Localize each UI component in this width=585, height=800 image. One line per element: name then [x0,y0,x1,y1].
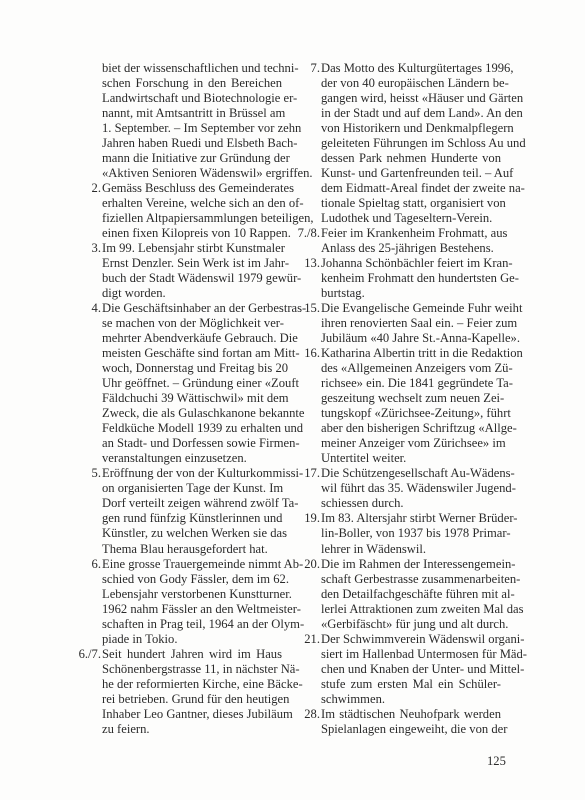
entry-text-line: gen rund fünfzig Künstlerinnen und [102,511,282,526]
entry-text-line: richsee» ein. Die 1841 gegründete Ta- [321,376,501,391]
entry-text-line: schaften in Prag teil, 1964 an der Olym- [102,617,282,632]
entry-text-line: dessen Park nehmen Hunderte von [321,151,501,166]
entry-text-line: lerlei Attraktionen zum zweiten Mal das [321,602,501,617]
entry-text-line: geleiteten Führungen im Schloss Au und [321,136,501,151]
chronicle-entry: 20.Die im Rahmen der Interessengemein-sc… [289,557,501,632]
entry-text-line: einen fixen Kilopreis von 10 Rappen. [102,226,282,241]
entry-date: 19. [289,511,320,526]
chronicle-entry: 17.Die Schützengesellschaft Au-Wädens-wi… [289,466,501,511]
chronicle-entry: 7.Das Motto des Kulturgütertages 1996,de… [289,61,501,226]
entry-text-line: Die Geschäftsinhaber an der Gerbestras- [102,301,282,316]
entry-text-line: tungskopf «Zürichsee-Zeitung», führt [321,406,501,421]
entry-text-line: Eine grosse Trauergemeinde nimmt Ab- [102,557,282,572]
entry-text-line: 1962 nahm Fässler an den Weltmeister- [102,602,282,617]
entry-date: 16. [289,346,320,361]
entry-text-line: schwimmen. [321,692,501,707]
entry-text-line: Spielanlagen eingeweiht, die von der [321,722,501,737]
entry-text-line: Seit hundert Jahren wird im Haus [102,647,282,662]
entry-text-line: buch der Stadt Wädenswil 1979 gewür- [102,271,282,286]
entry-text-line: on organisierten Tage der Kunst. Im [102,481,282,496]
entry-text-line: lin-Boller, von 1937 bis 1978 Primar- [321,526,501,541]
entry-text-line: schen Forschung in den Bereichen [102,76,282,91]
entry-text-line: mehrter Abendverkäufe Gebrauch. Die [102,331,282,346]
right-column: 7.Das Motto des Kulturgütertages 1996,de… [289,61,501,737]
entry-date: 4. [70,301,101,316]
chronicle-entry: biet der wissenschaftlichen und techni-s… [70,61,282,181]
entry-text-line: von Historikern und Denkmalpflegern [321,121,501,136]
document-page: biet der wissenschaftlichen und techni-s… [0,0,585,800]
chronicle-entry: 16.Katharina Albertin tritt in die Redak… [289,346,501,466]
entry-text-line: des «Allgemeinen Anzeigers vom Zü- [321,361,501,376]
entry-date: 6. [70,557,101,572]
entry-text-line: wil führt das 35. Wädenswiler Jugend- [321,481,501,496]
entry-text-line: in der Stadt und auf dem Land». An den [321,106,501,121]
entry-date: 6./7. [70,647,101,662]
entry-text-line: schaft Gerbestrasse zusammenarbeiten- [321,572,501,587]
entry-text-line: Im 99. Lebensjahr stirbt Kunstmaler [102,241,282,256]
entry-text-line: der von 40 europäischen Ländern be- [321,76,501,91]
entry-text-line: rei betrieben. Grund für den heutigen [102,692,282,707]
entry-text-line: zu feiern. [102,722,282,737]
chronicle-entry: 15.Die Evangelische Gemeinde Fuhr weihti… [289,301,501,346]
entry-text-line: Schönenbergstrasse 11, in nächster Nä- [102,662,282,677]
entry-date: 15. [289,301,320,316]
entry-text-line: Künstler, zu welchen Werken sie das [102,526,282,541]
entry-text-line: Die im Rahmen der Interessengemein- [321,557,501,572]
entry-date: 20. [289,557,320,572]
entry-text-line: ihren renovierten Saal ein. – Feier zum [321,316,501,331]
entry-date: 7. [289,61,320,76]
chronicle-entry: 19.Im 83. Altersjahr stirbt Werner Brüde… [289,511,501,556]
entry-text-line: digt worden. [102,286,282,301]
entry-text-line: aber den bisherigen Schriftzug «Allge- [321,421,501,436]
chronicle-entry: 2.Gemäss Beschluss des Gemeinderateserha… [70,181,282,241]
chronicle-entry: 13.Johanna Schönbächler feiert im Kran-k… [289,256,501,301]
entry-text-line: Fäldchuchi 39 Wättischwil» mit dem [102,391,282,406]
entry-text-line: Ernst Denzler. Sein Werk ist im Jahr- [102,256,282,271]
entry-text-line: Die Schützengesellschaft Au-Wädens- [321,466,501,481]
chronicle-entry: 28.Im städtischen Neuhofpark werdenSpiel… [289,707,501,737]
entry-text-line: meiner Anzeiger vom Zürichsee» im [321,436,501,451]
entry-text-line: lehrer in Wädenswil. [321,542,501,557]
entry-text-line: Uhr geöffnet. – Gründung einer «Zouft [102,376,282,391]
entry-date: 17. [289,466,320,481]
entry-text-line: mann die Initiative zur Gründung der [102,151,282,166]
chronicle-entry: 6.Eine grosse Trauergemeinde nimmt Ab-sc… [70,557,282,647]
entry-text-line: schied von Gody Fässler, dem im 62. [102,572,282,587]
chronicle-entry: 6./7.Seit hundert Jahren wird im HausSch… [70,647,282,737]
page-number: 125 [487,754,506,769]
entry-text-line: Kunst- und Gartenfreunden teil. – Auf [321,166,501,181]
entry-date: 13. [289,256,320,271]
entry-date: 28. [289,707,320,722]
left-column: biet der wissenschaftlichen und techni-s… [70,61,282,737]
entry-text-line: Ludothek und Tageseltern-Verein. [321,211,501,226]
entry-date: 2. [70,181,101,196]
entry-text-line: tionale Spieltag statt, organisiert von [321,196,501,211]
entry-text-line: he der reformierten Kirche, eine Bäcke- [102,677,282,692]
entry-text-line: kenheim Frohmatt den hundertsten Ge- [321,271,501,286]
entry-text-line: Gemäss Beschluss des Gemeinderates [102,181,282,196]
entry-text-line: Eröffnung der von der Kulturkommissi- [102,466,282,481]
chronicle-entry: 4.Die Geschäftsinhaber an der Gerbestras… [70,301,282,466]
entry-text-line: Feier im Krankenheim Frohmatt, aus [321,226,501,241]
entry-date: 7./8. [289,226,320,241]
chronicle-entry: 7./8.Feier im Krankenheim Frohmatt, ausA… [289,226,501,256]
entry-text-line: nannt, mit Amtsantritt in Brüssel am [102,106,282,121]
entry-text-line: «Aktiven Senioren Wädenswil» ergriffen. [102,166,282,181]
entry-text-line: Die Evangelische Gemeinde Fuhr weiht [321,301,501,316]
entry-text-line: Katharina Albertin tritt in die Redaktio… [321,346,501,361]
entry-text-line: Im städtischen Neuhofpark werden [321,707,501,722]
entry-date: 3. [70,241,101,256]
entry-text-line: Anlass des 25-jährigen Bestehens. [321,241,501,256]
entry-text-line: piade in Tokio. [102,632,282,647]
entry-text-line: Untertitel weiter. [321,451,501,466]
entry-text-line: fiziellen Altpapiersammlungen beteiligen… [102,211,282,226]
entry-text-line: Feldküche Modell 1939 zu erhalten und [102,421,282,436]
entry-text-line: woch, Donnerstag und Freitag bis 20 [102,361,282,376]
entry-text-line: Landwirtschaft und Biotechnologie er- [102,91,282,106]
entry-text-line: Johanna Schönbächler feiert im Kran- [321,256,501,271]
entry-text-line: siert im Hallenbad Untermosen für Mäd- [321,647,501,662]
entry-text-line: 1. September. – Im September vor zehn [102,121,282,136]
entry-text-line: Der Schwimmverein Wädenswil organi- [321,632,501,647]
entry-text-line: Inhaber Leo Gantner, dieses Jubiläum [102,707,282,722]
entry-text-line: meisten Geschäfte sind fortan am Mitt- [102,346,282,361]
entry-text-line: burtstag. [321,286,501,301]
entry-text-line: erhalten Vereine, welche sich an den of- [102,196,282,211]
entry-date: 5. [70,466,101,481]
entry-text-line: dem Eidmatt-Areal findet der zweite na- [321,181,501,196]
entry-text-line: schiessen durch. [321,496,501,511]
entry-text-line: «Gerbifäscht» für jung und alt durch. [321,617,501,632]
entry-text-line: Das Motto des Kulturgütertages 1996, [321,61,501,76]
entry-text-line: Zweck, die als Gulaschkanone bekannte [102,406,282,421]
entry-text-line: stufe zum ersten Mal ein Schüler- [321,677,501,692]
chronicle-entry: 3.Im 99. Lebensjahr stirbt KunstmalerErn… [70,241,282,301]
entry-text-line: veranstaltungen einzusetzen. [102,451,282,466]
entry-text-line: Thema Blau herausgefordert hat. [102,542,282,557]
entry-text-line: an Stadt- und Dorfessen sowie Firmen- [102,436,282,451]
entry-text-line: den Detailfachgeschäfte führen mit al- [321,587,501,602]
entry-text-line: biet der wissenschaftlichen und techni- [102,61,282,76]
entry-text-line: geszeitung wechselt zum neuen Zei- [321,391,501,406]
chronicle-entry: 21.Der Schwimmverein Wädenswil organi-si… [289,632,501,707]
chronicle-entry: 5.Eröffnung der von der Kulturkommissi-o… [70,466,282,556]
entry-date: 21. [289,632,320,647]
entry-text-line: Jahren haben Ruedi und Elsbeth Bach- [102,136,282,151]
entry-text-line: chen und Knaben der Unter- und Mittel- [321,662,501,677]
entry-text-line: gangen wird, heisst «Häuser und Gärten [321,91,501,106]
entry-text-line: Jubiläum «40 Jahre St.-Anna-Kapelle». [321,331,501,346]
entry-text-line: Im 83. Altersjahr stirbt Werner Brüder- [321,511,501,526]
entry-text-line: se machen von der Möglichkeit ver- [102,316,282,331]
entry-text-line: Dorf verteilt zeigen während zwölf Ta- [102,496,282,511]
entry-text-line: Lebensjahr verstorbenen Kunstturner. [102,587,282,602]
